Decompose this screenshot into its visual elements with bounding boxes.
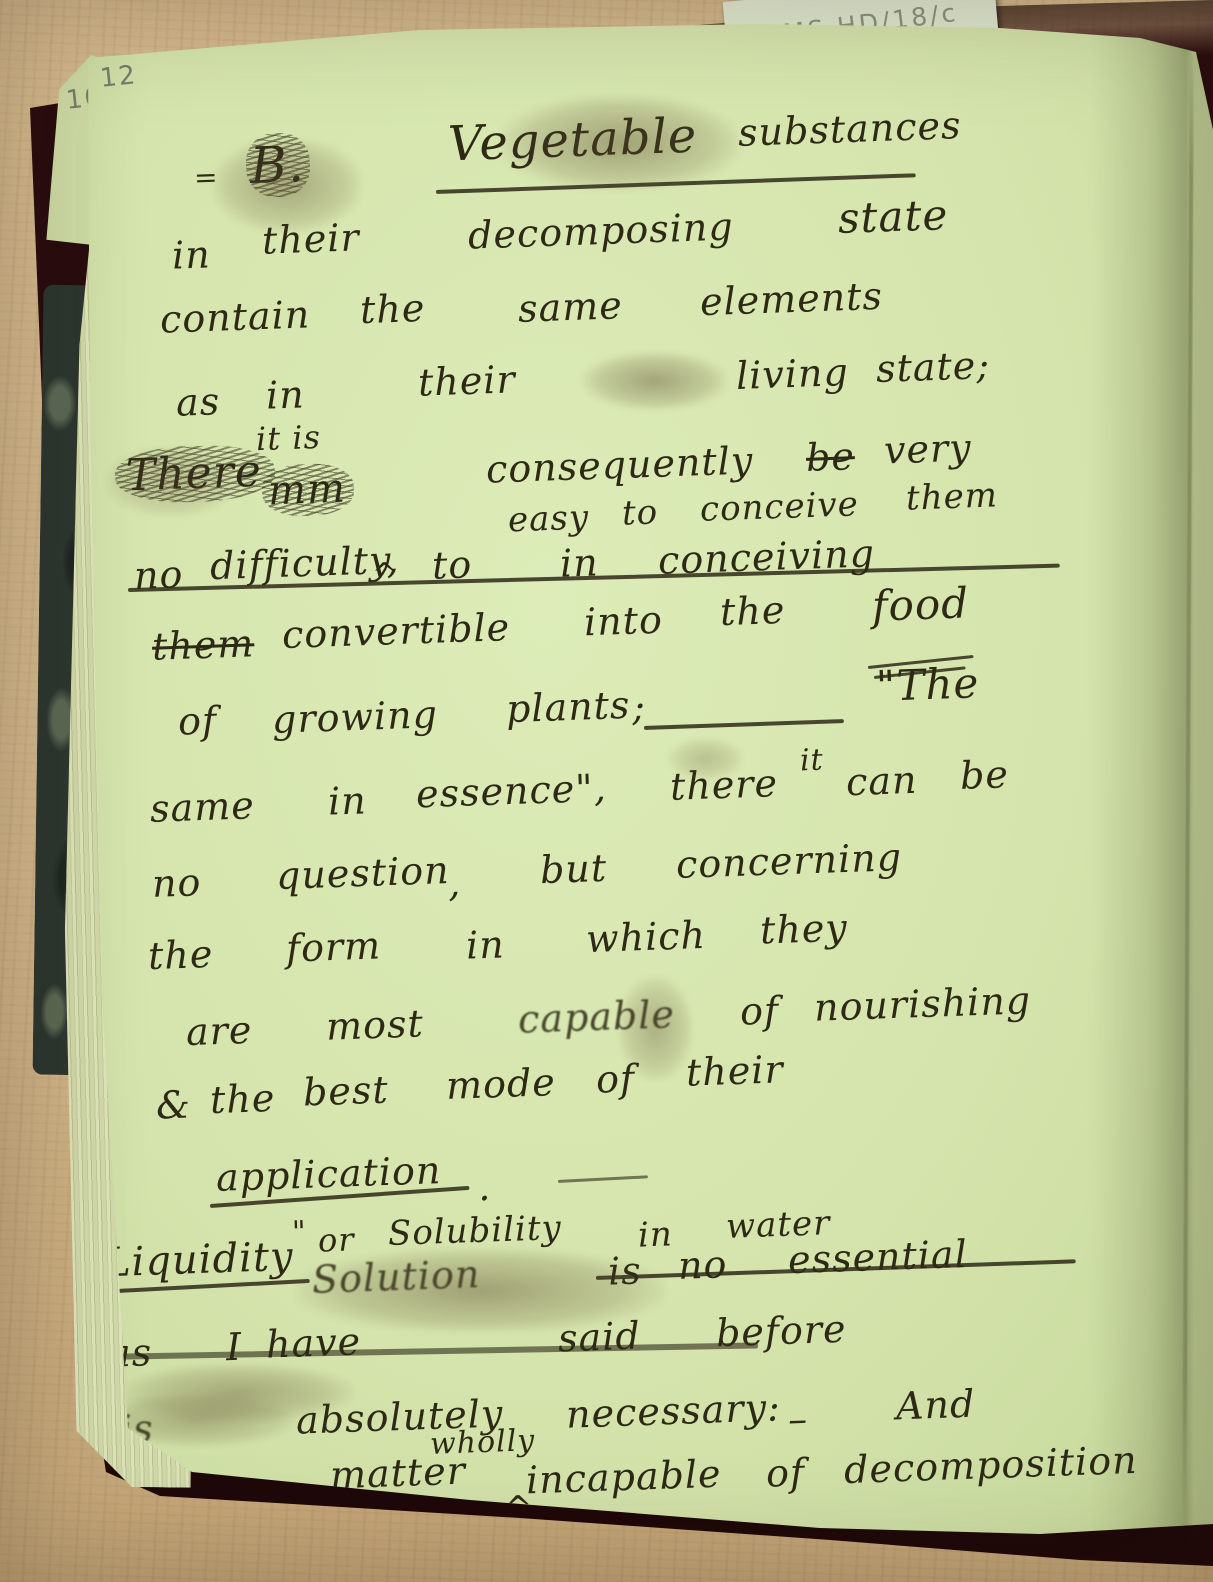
page-gutter-crease: [1182, 55, 1194, 1525]
handwritten-word: very: [883, 428, 972, 469]
ink-smudge: [618, 976, 693, 1081]
handwritten-word: &: [155, 1085, 191, 1124]
handwritten-word: decomposing: [467, 207, 734, 254]
handwritten-word: ,: [447, 864, 461, 902]
handwritten-word: decomposition: [843, 1441, 1138, 1489]
handwritten-word: elements: [699, 277, 883, 321]
handwritten-word: mm: [267, 469, 346, 512]
handwritten-word: necessary:: [565, 1388, 781, 1433]
handwritten-word: can: [845, 761, 918, 801]
handwritten-word: the: [209, 1079, 276, 1119]
handwritten-word: .: [477, 1168, 491, 1206]
handwritten-word: plants: [505, 686, 631, 728]
handwritten-word: living: [735, 353, 849, 395]
handwritten-word: the: [147, 935, 214, 975]
handwritten-word: of: [765, 1453, 805, 1492]
handwritten-word: ;: [631, 688, 646, 726]
handwritten-word: they: [759, 908, 848, 949]
handwritten-word: state: [837, 194, 949, 240]
handwritten-word: state;: [875, 346, 990, 388]
ink-smudge: [212, 138, 362, 233]
ink-smudge: [296, 1248, 666, 1333]
handwritten-word: them: [905, 478, 998, 515]
handwritten-word: growing: [271, 695, 438, 739]
handwritten-word: nourishing: [813, 981, 1031, 1027]
ink-smudge: [500, 96, 740, 191]
handwritten-word: it is: [255, 421, 321, 455]
handwritten-word: of: [739, 991, 779, 1030]
handwritten-word: their: [685, 1050, 784, 1091]
ink-stroke: [558, 1175, 648, 1183]
handwritten-word: no: [151, 863, 202, 903]
handwritten-word: into: [583, 601, 663, 642]
handwritten-word: best: [302, 1071, 389, 1112]
handwritten-word: Solubility: [387, 1211, 562, 1251]
handwritten-word: –: [787, 1400, 808, 1439]
handwritten-word: food: [871, 582, 969, 627]
handwritten-word: form: [285, 926, 381, 967]
manuscript-photo: RI MS HD/18/c 10 12 ·:·=B.Vegetablesubst…: [0, 0, 1213, 1582]
handwritten-word: same: [517, 286, 623, 328]
handwritten-word: wholly: [430, 1426, 536, 1460]
page-number: 12: [99, 60, 139, 94]
ink-stroke: [100, 1343, 758, 1360]
handwritten-word: it: [799, 746, 824, 777]
handwritten-word: same: [149, 786, 255, 828]
handwritten-word: in: [265, 375, 305, 414]
handwritten-word: are: [185, 1011, 253, 1051]
handwritten-word: contain: [159, 295, 310, 338]
handwritten-word: in: [465, 925, 505, 964]
handwritten-word: of: [177, 701, 217, 740]
handwritten-word: concerning: [675, 838, 902, 884]
handwritten-word: difficulty,: [209, 541, 400, 586]
handwritten-word: essential: [787, 1235, 968, 1279]
handwritten-word: most: [325, 1004, 424, 1045]
ink-smudge: [668, 738, 743, 780]
handwritten-word: essence",: [415, 769, 607, 814]
handwritten-word: substances: [737, 106, 962, 152]
handwritten-word: in: [327, 781, 367, 820]
handwritten-word: their: [417, 360, 516, 401]
handwritten-word: in: [171, 235, 211, 274]
ink-smudge: [106, 446, 236, 518]
handwritten-word: incapable: [525, 1455, 722, 1500]
handwritten-word: conceive: [699, 487, 859, 527]
handwritten-word: but: [539, 849, 607, 889]
handwritten-word: ": [291, 1218, 307, 1248]
handwritten-word: consequently: [485, 441, 753, 488]
handwritten-word: no: [677, 1245, 728, 1285]
handwritten-word: be: [805, 437, 855, 477]
handwritten-word: to: [621, 495, 658, 530]
handwritten-word: I: [225, 1328, 242, 1367]
handwritten-word: Liquidity: [103, 1237, 294, 1284]
manuscript-page: 12 ·:·=B.Vegetablesubstancesintheirdecom…: [0, 0, 1213, 1582]
handwritten-word: And: [895, 1385, 976, 1426]
handwritten-word: easy: [507, 501, 589, 538]
handwritten-word: them: [151, 624, 255, 666]
handwritten-word: convertible: [281, 608, 510, 654]
handwritten-word: mode: [445, 1063, 556, 1105]
handwritten-word: question: [275, 851, 450, 895]
ink-smudge: [582, 352, 727, 410]
handwritten-word: which: [585, 916, 706, 958]
handwritten-word: as: [175, 382, 220, 422]
handwritten-word: the: [359, 289, 426, 329]
handwritten-word: be: [959, 755, 1009, 795]
ink-stroke: [644, 719, 844, 730]
handwritten-word: the: [719, 591, 786, 631]
